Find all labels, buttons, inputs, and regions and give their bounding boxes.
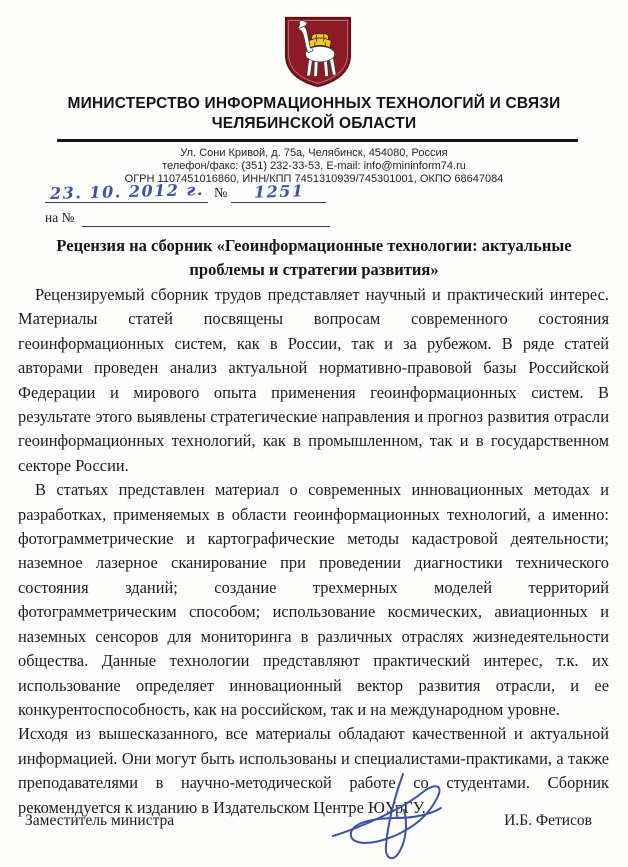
signer-name: И.Б. Фетисов (504, 812, 592, 830)
header-divider-line (57, 139, 578, 142)
document-body: Рецензируемый сборник трудов представляе… (18, 283, 609, 820)
reply-label: на № (45, 210, 74, 227)
ministry-title-line1: МИНИСТЕРСТВО ИНФОРМАЦИОННЫХ ТЕХНОЛОГИЙ И… (0, 94, 628, 114)
body-paragraph-1: Рецензируемый сборник трудов представляе… (18, 283, 609, 478)
signature-row: Заместитель министра И.Б. Фетисов (25, 812, 592, 836)
signer-position: Заместитель министра (25, 812, 174, 830)
reply-number-field (82, 212, 330, 227)
handwritten-date: 23. 10. 2012 г. (49, 180, 203, 203)
body-paragraph-3: Исходя из вышесказанного, все материалы … (18, 722, 609, 820)
handwritten-number: 1251 (253, 181, 304, 201)
body-paragraph-2: В статьях представлен материал о совреме… (18, 478, 609, 722)
ministry-title-line2: ЧЕЛЯБИНСКОЙ ОБЛАСТИ (0, 114, 628, 134)
outgoing-number-field: 1251 (231, 182, 326, 203)
date-field: 23. 10. 2012 г. (45, 182, 208, 203)
document-title: Рецензия на сборник «Геоинформационные т… (24, 234, 604, 281)
camel-pack (309, 34, 331, 48)
date-number-row: 23. 10. 2012 г. № 1251 (45, 182, 326, 203)
contact-block: Ул. Сони Кривой, д. 75а, Челябинск, 4540… (0, 147, 628, 185)
phone-email-line: телефон/факс: (351) 232-33-53, E-mail: i… (0, 160, 628, 173)
reply-reference-row: на № (45, 210, 330, 227)
ministry-title: МИНИСТЕРСТВО ИНФОРМАЦИОННЫХ ТЕХНОЛОГИЙ И… (0, 94, 628, 133)
scanned-letter-page: МИНИСТЕРСТВО ИНФОРМАЦИОННЫХ ТЕХНОЛОГИЙ И… (0, 0, 628, 867)
chelyabinsk-coat-of-arms-icon (283, 15, 353, 89)
address-line: Ул. Сони Кривой, д. 75а, Челябинск, 4540… (0, 147, 628, 160)
number-sign: № (208, 186, 231, 203)
